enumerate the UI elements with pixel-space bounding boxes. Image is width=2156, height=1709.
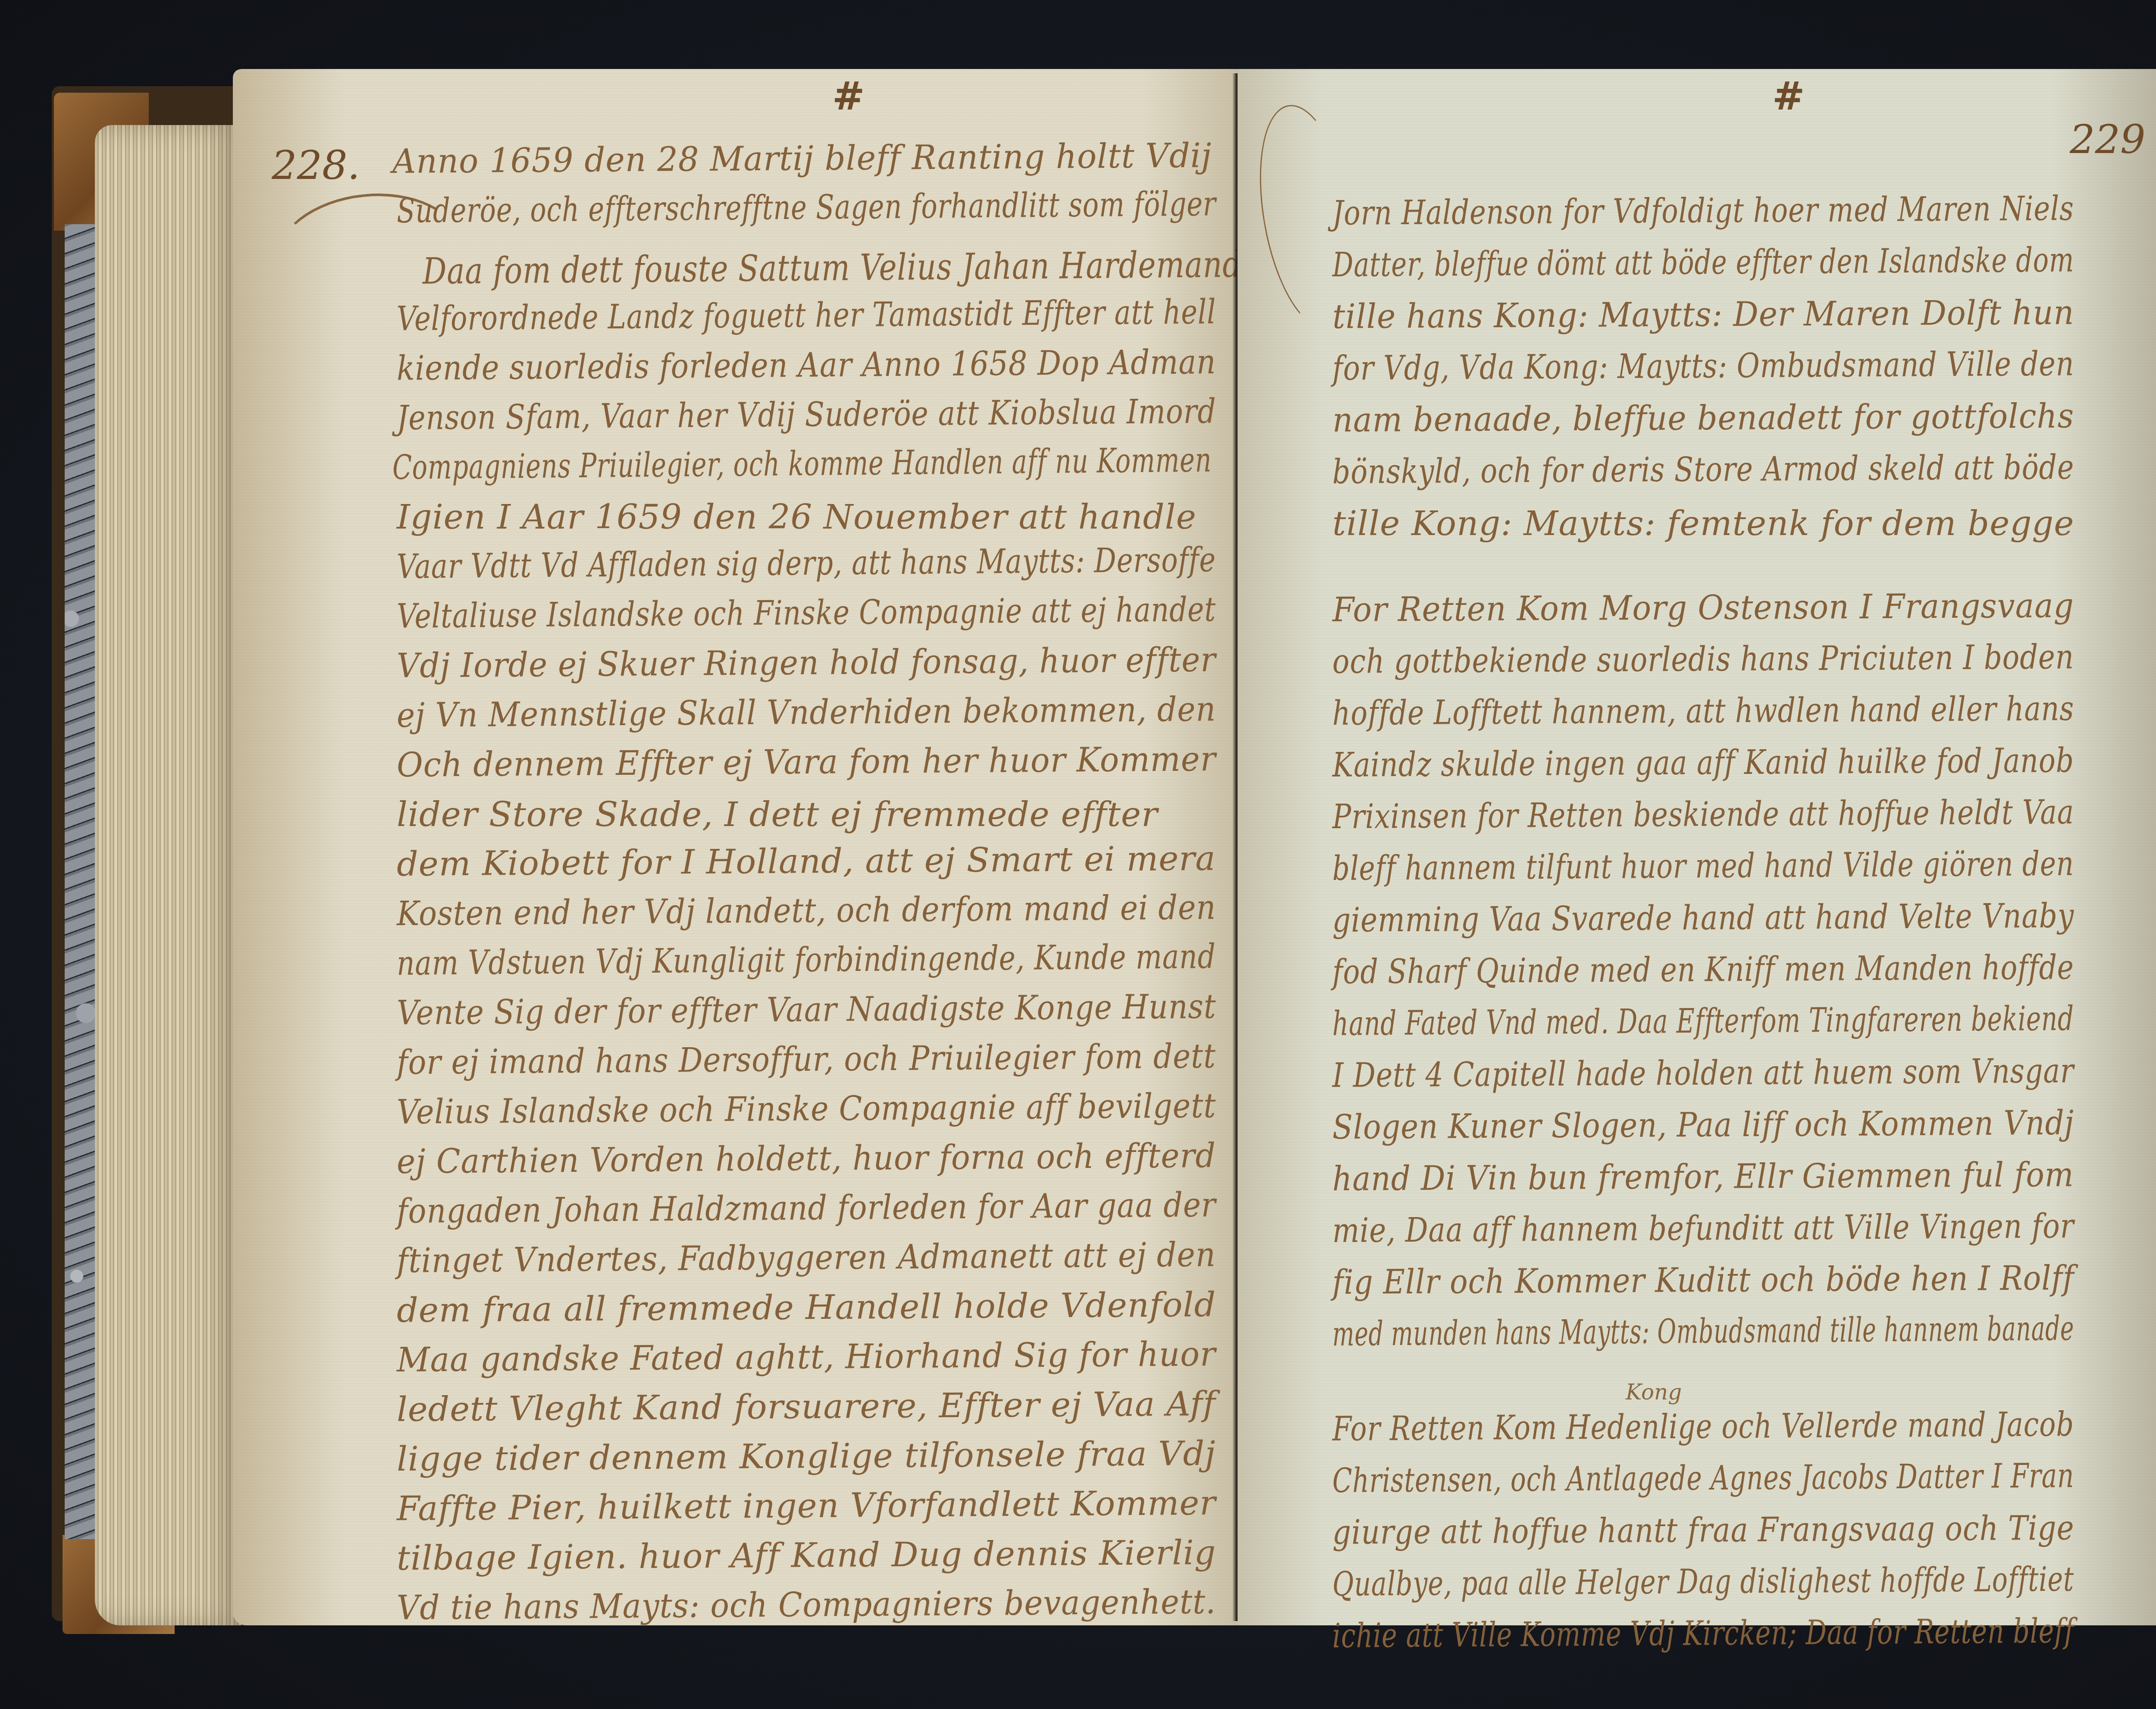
text-line: fongaden Johan Haldzmand forleden for Aa… <box>397 1186 1216 1231</box>
page-number: 229 <box>2070 116 2146 163</box>
text-line: med munden hans Maytts: Ombudsmand tille… <box>1332 1309 2075 1354</box>
text-line: fod Sharf Quinde med en Kniff men Manden… <box>1332 948 2074 992</box>
text-line: Vdj Iorde ej Skuer Ringen hold fonsag, h… <box>397 641 1216 685</box>
text-line: Maa gandske Fated aghtt, Hiorhand Sig fo… <box>397 1335 1216 1380</box>
text-line: ichie att Ville Komme Vdj Kircken; Daa f… <box>1332 1612 2075 1656</box>
text-line: ej Carthien Vorden holdett, huor forna o… <box>397 1136 1216 1181</box>
text-line: hoffde Lofftett hannem, att hwdlen hand … <box>1332 689 2075 733</box>
text-line: bönskyld, och for deris Store Armod skel… <box>1332 448 2074 491</box>
text-line: for Vdg, Vda Kong: Maytts: Ombudsmand Vi… <box>1332 344 2075 388</box>
text-line: tille Kong: Maytts: femtenk for dem begg… <box>1332 504 2074 543</box>
text-line: ej Vn Mennstlige Skall Vnderhiden bekomm… <box>397 690 1216 735</box>
folio-mark: # <box>832 73 865 119</box>
interlinear-note: Kong <box>1626 1380 1682 1405</box>
text-line: for ej imand hans Dersoffur, och Priuile… <box>397 1037 1216 1082</box>
text-line: och gottbekiende suorledis hans Priciute… <box>1332 638 2074 681</box>
text-line: ledett Vleght Kand forsuarere, Effter ej… <box>397 1385 1216 1429</box>
page-number: 228. <box>272 142 360 188</box>
text-line: nam benaade, bleffue benadett for gottfo… <box>1332 397 2075 440</box>
text-line: bleff hannem tilfunt huor med hand Vilde… <box>1332 845 2074 888</box>
text-line: Vente Sig der for effter Vaar Naadigste … <box>397 987 1216 1033</box>
text-line: Compagniens Priuilegier, och komme Handl… <box>392 441 1212 487</box>
text-line: lider Store Skade, I dett ej fremmede ef… <box>397 795 1158 834</box>
text-line: giurge att hoffue hantt fraa Frangsvaag … <box>1332 1509 2075 1552</box>
text-line: tilbage Igien. huor Aff Kand Dug dennis … <box>397 1534 1216 1578</box>
text-line: tille hans Kong: Maytts: Der Maren Dolft… <box>1332 293 2075 336</box>
text-line: Slogen Kuner Slogen, Paa liff och Kommen… <box>1332 1104 2074 1147</box>
text-line: Anno 1659 den 28 Martij bleff Ranting ho… <box>392 136 1212 181</box>
text-line: Kosten end her Vdj landett, och derfom m… <box>397 888 1216 933</box>
text-line: Prixinsen for Retten beskiende att hoffu… <box>1332 793 2074 836</box>
text-line: dem fraa all fremmede Handell holde Vden… <box>397 1286 1216 1330</box>
text-line: giemming Vaa Svarede hand att hand Velte… <box>1332 896 2075 940</box>
text-line: kiende suorledis forleden Aar Anno 1658 … <box>397 343 1216 388</box>
text-line: I Dett 4 Capitell hade holden att huem s… <box>1332 1052 2074 1095</box>
text-line: Qualbye, paa alle Helger Dag dislighest … <box>1332 1560 2074 1604</box>
text-line: ftinget Vndertes, Fadbyggeren Admanett a… <box>397 1236 1216 1280</box>
folio-mark: # <box>1772 73 1805 119</box>
text-line: Veltaliuse Islandske och Finske Compagni… <box>397 590 1216 636</box>
text-line: nam Vdstuen Vdj Kungligit forbindingende… <box>397 937 1216 983</box>
text-line: Velforordnede Landz foguett her Tamastid… <box>397 293 1216 338</box>
right-page: # 229 Jorn Haldenson for Vdfoldigt hoer … <box>1238 69 2156 1625</box>
text-line: Kaindz skulde ingen gaa aff Kanid huilke… <box>1332 741 2074 785</box>
text-line: Vaar Vdtt Vd Affladen sig derp, att hans… <box>397 541 1216 586</box>
text-line: Suderöe, och effterschrefftne Sagen forh… <box>397 185 1216 231</box>
text-line: Faffte Pier, huilkett ingen Vforfandlett… <box>397 1484 1216 1528</box>
text-line: For Retten Kom Hedenlige och Vellerde ma… <box>1332 1405 2074 1449</box>
text-line: dem Kiobett for I Holland, att ej Smart … <box>397 839 1216 884</box>
text-line: Och dennem Effter ej Vara fom her huor K… <box>397 740 1216 785</box>
marbled-board-left <box>65 224 95 1539</box>
text-line: Igien I Aar 1659 den 26 Nouember att han… <box>397 498 1197 537</box>
text-line: Jenson Sfam, Vaar her Vdij Suderöe att K… <box>397 392 1216 438</box>
text-line: Christensen, och Antlagede Agnes Jacobs … <box>1332 1456 2075 1500</box>
text-line: Jorn Haldenson for Vdfoldigt hoer med Ma… <box>1332 189 2074 233</box>
text-line: Velius Islandske och Finske Compagnie af… <box>397 1086 1216 1132</box>
text-line: fig Ellr och Kommer Kuditt och böde hen … <box>1332 1259 2075 1302</box>
text-line: For Retten Kom Morg Ostenson I Frangsvaa… <box>1332 586 2074 629</box>
text-line: Vd tie hans Mayts: och Compagniers bevag… <box>397 1583 1216 1628</box>
text-line: Daa fom dett fouste Sattum Velius Jahan … <box>423 243 1242 292</box>
text-line: ligge tider dennem Konglige tilfonsele f… <box>397 1434 1216 1479</box>
text-line: hand Di Vin bun fremfor, Ellr Giemmen fu… <box>1332 1155 2074 1199</box>
text-line: hand Fated Vnd med. Daa Effterfom Tingfa… <box>1332 999 2074 1043</box>
left-page: # 228. Anno 1659 den 28 Martij bleff Ran… <box>233 69 1238 1625</box>
text-line: mie, Daa aff hannem befunditt att Ville … <box>1332 1207 2074 1250</box>
text-line: Datter, bleffue dömt att böde effter den… <box>1332 241 2074 285</box>
page-edges-left <box>95 125 241 1625</box>
